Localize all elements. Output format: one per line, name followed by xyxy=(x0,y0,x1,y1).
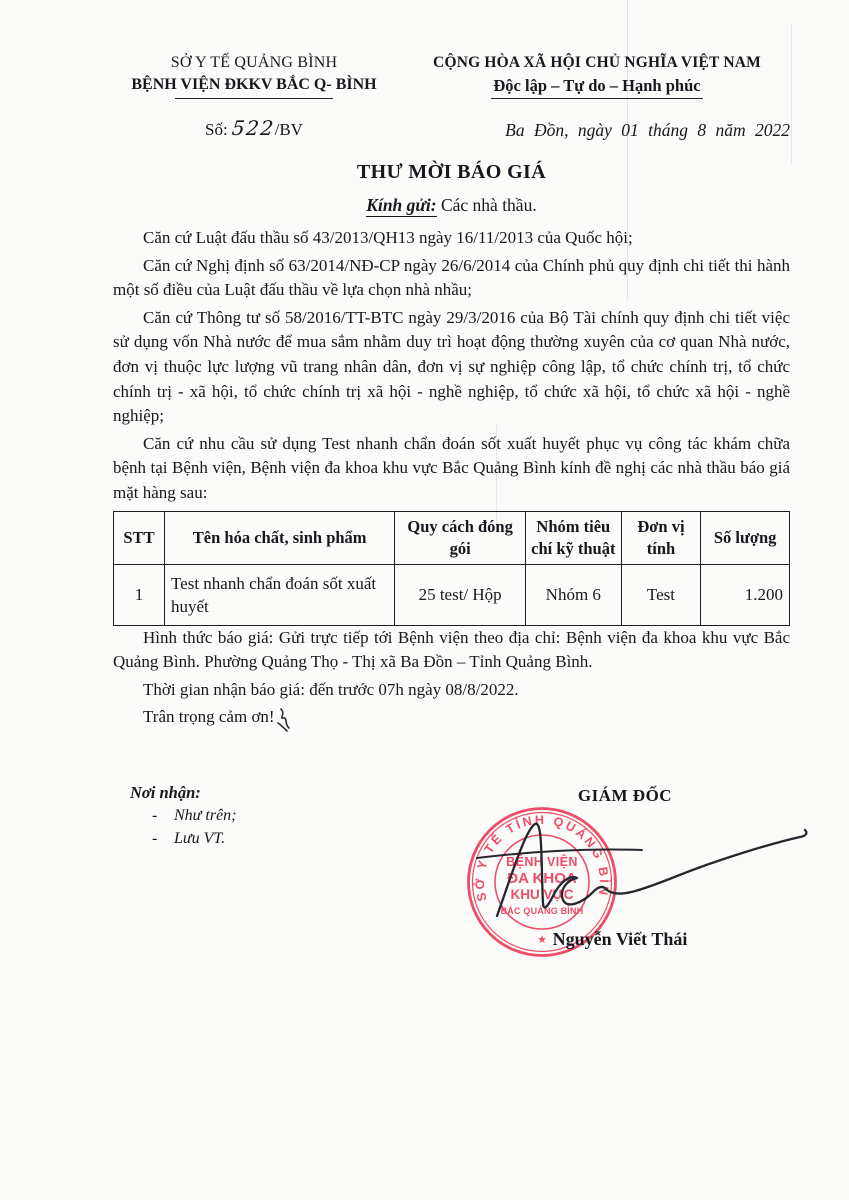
document-page: SỞ Y TẾ QUẢNG BÌNH BỆNH VIỆN ĐKKV BẮC Q-… xyxy=(0,0,849,1200)
recipient-item: -Như trên; xyxy=(152,804,237,827)
recipients-block: Nơi nhận: -Như trên; -Lưu VT. xyxy=(130,781,237,850)
cell-packing: 25 test/ Hộp xyxy=(395,564,526,625)
col-header-unit: Đơn vị tính xyxy=(621,511,701,564)
paragraph-deadline: Thời gian nhận báo giá: đến trước 07h ng… xyxy=(113,678,790,703)
signer-position-title: GIÁM ĐỐC xyxy=(525,786,725,806)
handwritten-ink-mark xyxy=(276,707,292,733)
place-date-line: Ba Đồn, ngày 01 tháng 8 năm 2022 xyxy=(0,120,790,141)
col-header-packing: Quy cách đóng gói xyxy=(395,511,526,564)
page-title: THƯ MỜI BÁO GIÁ xyxy=(113,161,790,184)
thanks-text: Trân trọng cảm ơn! xyxy=(143,707,275,726)
cell-criteria-group: Nhóm 6 xyxy=(525,564,621,625)
paragraph-request: Căn cứ nhu cầu sử dụng Test nhanh chẩn đ… xyxy=(113,432,790,506)
paragraph-quote-method: Hình thức báo giá: Gửi trực tiếp tới Bện… xyxy=(113,626,790,675)
col-header-quantity: Số lượng xyxy=(701,511,790,564)
national-header-block: CỘNG HÒA XÃ HỘI CHỦ NGHĨA VIỆT NAM Độc l… xyxy=(398,52,796,99)
cell-unit: Test xyxy=(621,564,701,625)
recipient-item-text: Như trên; xyxy=(174,807,237,824)
org-underline xyxy=(175,98,333,99)
col-header-criteria-group: Nhóm tiêu chí kỹ thuật xyxy=(525,511,621,564)
dash-bullet: - xyxy=(152,804,174,827)
col-header-stt: STT xyxy=(114,511,165,564)
cell-stt: 1 xyxy=(114,564,165,625)
recipients-heading: Nơi nhận: xyxy=(130,781,237,804)
letter-body: Căn cứ Luật đấu thầu số 43/2013/QH13 ngà… xyxy=(113,226,790,736)
cell-item-name: Test nhanh chẩn đoán sốt xuất huyết xyxy=(164,564,394,625)
salutation-label: Kính gửi: xyxy=(366,195,436,217)
table-row: 1 Test nhanh chẩn đoán sốt xuất huyết 25… xyxy=(114,564,790,625)
issuing-org-block: SỞ Y TẾ QUẢNG BÌNH BỆNH VIỆN ĐKKV BẮC Q-… xyxy=(96,52,412,99)
dash-bullet: - xyxy=(152,827,174,850)
col-header-item-name: Tên hóa chất, sinh phẩm xyxy=(164,511,394,564)
salutation-line: Kính gửi: Các nhà thầu. xyxy=(113,195,790,216)
signer-name: Nguyễn Viết Thái xyxy=(490,929,750,950)
paragraph-legal-basis-3: Căn cứ Thông tư số 58/2016/TT-BTC ngày 2… xyxy=(113,306,790,429)
paragraph-thanks: Trân trọng cảm ơn! xyxy=(113,705,790,733)
table-header-row: STT Tên hóa chất, sinh phẩm Quy cách đón… xyxy=(114,511,790,564)
director-signature xyxy=(455,806,823,946)
recipient-item: -Lưu VT. xyxy=(152,827,237,850)
cell-quantity: 1.200 xyxy=(701,564,790,625)
paragraph-legal-basis-1: Căn cứ Luật đấu thầu số 43/2013/QH13 ngà… xyxy=(113,226,790,251)
recipient-item-text: Lưu VT. xyxy=(174,830,225,847)
salutation-text: Các nhà thầu. xyxy=(441,195,537,215)
org-name: BỆNH VIỆN ĐKKV BẮC Q- BÌNH xyxy=(96,74,412,95)
quotation-items-table: STT Tên hóa chất, sinh phẩm Quy cách đón… xyxy=(113,511,790,626)
paragraph-legal-basis-2: Căn cứ Nghị định số 63/2014/NĐ-CP ngày 2… xyxy=(113,254,790,303)
national-title: CỘNG HÒA XÃ HỘI CHỦ NGHĨA VIỆT NAM xyxy=(398,52,796,73)
org-parent-name: SỞ Y TẾ QUẢNG BÌNH xyxy=(96,52,412,73)
national-motto: Độc lập – Tự do – Hạnh phúc xyxy=(491,75,702,99)
